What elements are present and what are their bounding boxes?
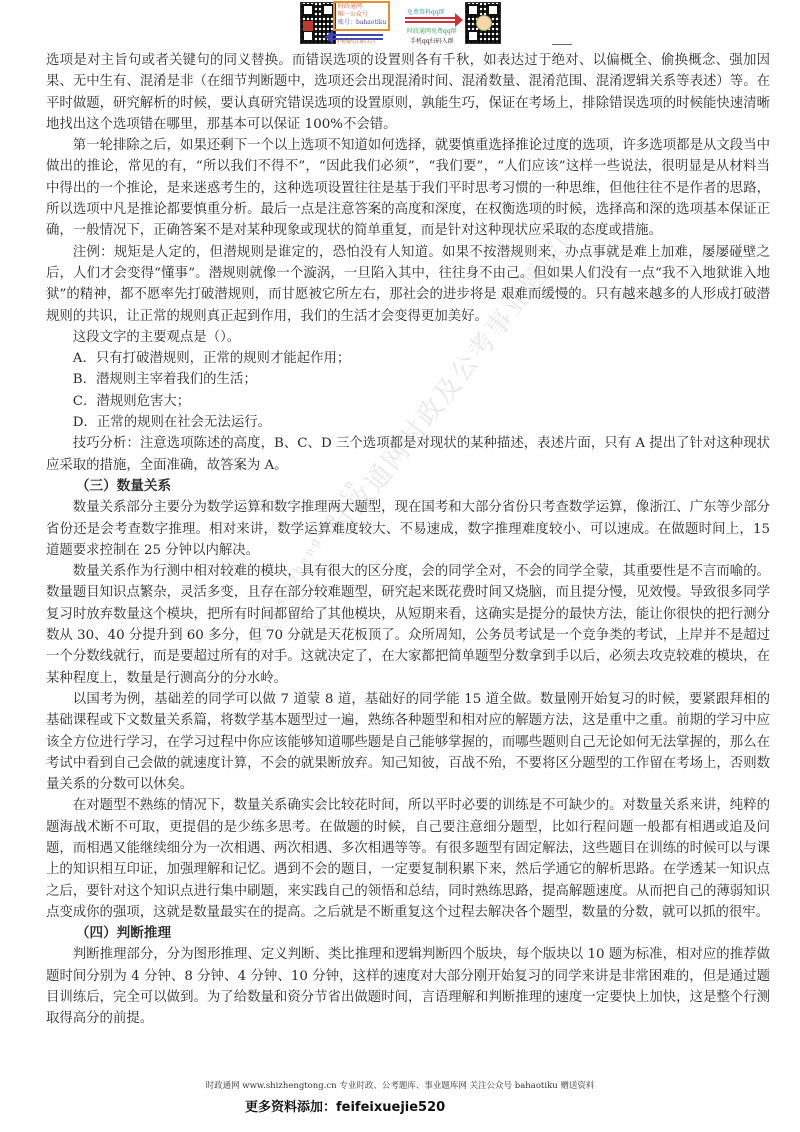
qq-qr-code-icon (465, 2, 501, 44)
footer-contact: 更多资料添加：feifeixuejie520 (245, 1096, 445, 1115)
paragraph-quant-overview: 数量关系部分主要分为数学运算和数字推理两大题型，现在国考和大部分省份只考查数学运… (46, 497, 770, 561)
qq-group-label: 时政通网免费qq群 (407, 26, 457, 35)
arrow-right-icon (405, 17, 455, 23)
option-a: A．只有打破潜规则，正常的规则才能起作用； (46, 348, 770, 369)
footer-site-line: 时政通网 www.shizhengtong.cn 专业时政、公考题库、事业题库网… (0, 1080, 800, 1092)
section-heading-quantitative: （三）数量关系 (46, 476, 770, 497)
paragraph-quant-national-exam: 以国考为例，基础差的同学可以做 7 道蒙 8 道，基础好的同学能 15 道全做。… (46, 689, 770, 795)
paragraph-quant-importance: 数量关系作为行测中相对较难的模块，具有很大的区分度，会的同学全对，不会的同学全蒙… (46, 561, 770, 689)
free-group-label: 免费资料qq群 (407, 7, 445, 16)
account-info-box: 时政通网 唯一公众号 账号：bahaotiku (333, 1, 390, 31)
section-heading-reasoning: （四）判断推理 (46, 923, 770, 944)
question-stem: 这段文字的主要观点是（）。 (46, 327, 770, 348)
page-footer: 时政通网 www.shizhengtong.cn 专业时政、公考题库、事业题库网… (0, 1080, 800, 1092)
option-b: B．潜规则主宰着我们的生活； (46, 369, 770, 390)
account-id: 账号：bahaotiku (338, 19, 388, 27)
header-divider (552, 44, 572, 45)
option-c: C．潜规则危害大； (46, 391, 770, 412)
paragraph-wrong-options: 选项是对主旨句或者关键句的同义替换。而错误选项的设置则各有千秋，如表达过于绝对、… (46, 50, 770, 135)
paragraph-example: 注例：规矩是人定的，但潜规则是谁定的，恐怕没有人知道。如果不按潜规则来，办点事就… (46, 242, 770, 327)
paragraph-first-round-elimination: 第一轮排除之后，如果还剩下一个以上选项不知道如何选择，就要慎重选择推论过度的选项… (46, 135, 770, 241)
paragraph-reasoning-overview: 判断推理部分，分为图形推理、定义判断、类比推理和逻辑判断四个版块，每个版块以 1… (46, 944, 770, 1029)
header-banner: 时政通网 唯一公众号 账号：bahaotiku 手机微信扫码关注 免费资料qq群… (300, 0, 550, 48)
option-d: D．正常的规则在社会无法运行。 (46, 412, 770, 433)
paragraph-technique-analysis: 技巧分析：注意选项陈述的高度，B、C、D 三个选项都是对现状的某种描述，表述片面… (46, 433, 770, 476)
account-subtitle: 唯一公众号 (338, 11, 388, 19)
red-seal-icon (303, 21, 313, 31)
document-body: 选项是对主旨句或者关键句的同义替换。而错误选项的设置则各有千秋，如表达过于绝对、… (46, 50, 770, 1030)
qq-scan-caption: 手机qq扫码入群 (410, 36, 454, 45)
site-name: 时政通网 (338, 3, 388, 11)
paragraph-quant-practice: 在对题型不熟练的情况下，数量关系确实会比较花时间，所以平时必要的训练是不可缺少的… (46, 795, 770, 923)
wechat-scan-caption: 手机微信扫码关注 (336, 38, 376, 45)
avatar-icon (476, 15, 492, 31)
